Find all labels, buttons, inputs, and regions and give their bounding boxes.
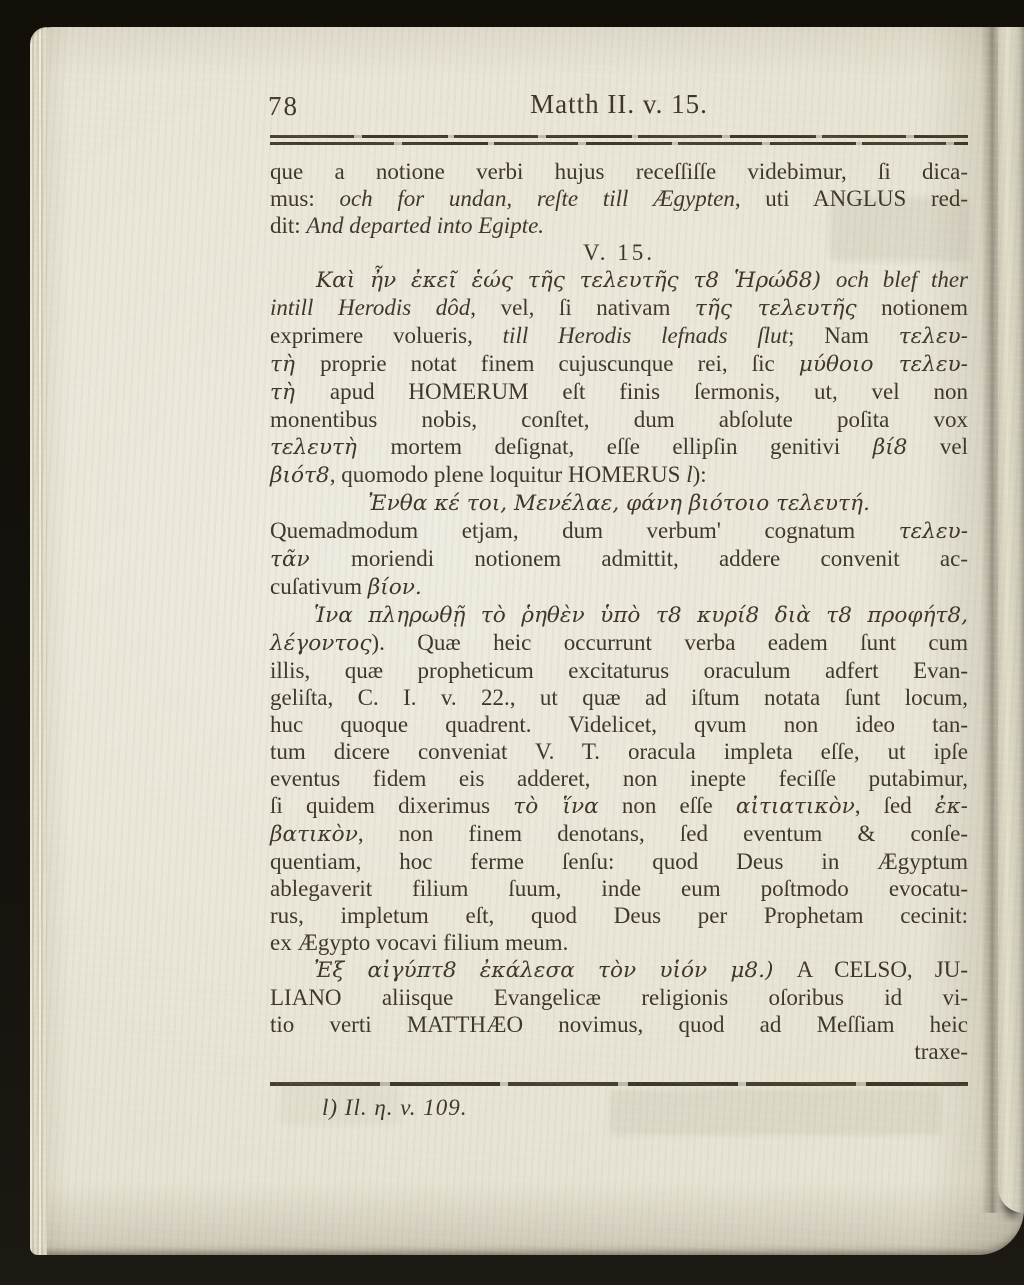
text-segment: ; Nam: [788, 323, 899, 348]
text-line: exprimere volueris, till Herodis lefnads…: [270, 322, 968, 350]
text-line: illis, quæ propheticum excitaturus oracu…: [270, 657, 968, 684]
text-line: quentiam, hoc ferme ſenſu: quod Deus in …: [270, 848, 968, 875]
text-segment: LIANO aliisque Evangelicæ religionis oſo…: [270, 985, 968, 1010]
text-segment: τὸ ἵνα: [513, 794, 598, 819]
text-line: ex Ægypto vocavi filium meum.: [270, 929, 968, 956]
text-segment: Ἐξ αἰγύπτ8 ἐκάλεσα τὸν υἱόν μ8.): [314, 958, 797, 983]
text-segment: ). Quæ heic occurrunt verba eadem ſunt c…: [371, 630, 968, 655]
text-segment: ):: [693, 462, 707, 487]
text-segment: tio verti MATTHÆO novimus, quod ad Meſſi…: [270, 1012, 968, 1037]
text-segment: apud HOMERUM eſt finis ſermonis, ut, vel…: [330, 379, 968, 404]
text-segment: βιότ8: [270, 463, 330, 488]
footnote-rule: [270, 1082, 968, 1086]
text-segment: exprimere volueris,: [270, 323, 503, 348]
text-line: mus: och for undan, reſte till Ægypten, …: [270, 185, 968, 212]
text-line: ſi quidem dixerimus τὸ ἵνα non eſſe αἰτι…: [270, 792, 968, 820]
header-rule-bottom: [270, 142, 968, 145]
text-line: que a notione verbi hujus receſſiſſe vid…: [270, 158, 968, 185]
text-line: dit: And departed into Egipte.: [270, 212, 968, 239]
text-segment: τὴ: [270, 352, 320, 377]
header-rule-top: [270, 135, 968, 138]
text-segment: non eſſe: [599, 793, 736, 818]
text-segment: τᾶν: [270, 547, 351, 572]
text-segment: mus:: [270, 186, 339, 211]
text-segment: rus, impletum eſt, quod Deus per Prophet…: [270, 903, 968, 928]
text-segment: notionem: [857, 295, 968, 320]
scan-background: 78 Matth II. v. 15. que a notione verbi …: [0, 0, 1024, 1285]
text-segment: intill Herodis dôd: [270, 295, 470, 320]
text-segment: λέγοντος: [270, 631, 371, 656]
text-line: βατικὸν, non finem denotans, ſed eventum…: [270, 820, 968, 848]
text-line: traxe-: [270, 1038, 968, 1065]
text-line: cuſativum βίον.: [270, 573, 968, 601]
text-line: Ἐνθα κέ τοι, Μενέλαε, φάνη βιότοιο τελευ…: [270, 489, 968, 517]
text-segment: βί8: [873, 435, 908, 460]
text-line: τᾶν moriendi notionem admittit, addere c…: [270, 545, 968, 573]
text-segment: τῆς τελευτῆς: [695, 296, 857, 321]
text-segment: quentiam, hoc ferme ſenſu: quod Deus in …: [270, 849, 968, 874]
text-segment: τελευτὴ: [270, 435, 390, 460]
text-segment: A CELSO, JU-: [797, 957, 968, 982]
footnote-text: l) Il. η. v. 109.: [270, 1095, 968, 1121]
text-line: Ἱνα πληρωθῇ τὸ ῥηθὲν ὑπὸ τ8 κυρί8 διὰ τ8…: [270, 601, 968, 629]
text-line: eventus fidem eis adderet, non inepte fe…: [270, 765, 968, 792]
header-rule: [270, 135, 968, 145]
text-segment: Ἐνθα κέ τοι, Μενέλαε, φάνη βιότοιο τελευ…: [368, 491, 870, 516]
text-segment: och for undan, reſte till Ægypten: [339, 186, 734, 211]
text-segment: moriendi notionem admittit, addere conve…: [351, 546, 968, 571]
text-segment: τελευ-: [899, 519, 968, 544]
text-segment: ablegaverit filium ſuum, inde eum poſtmo…: [270, 876, 968, 901]
text-segment: ſi quidem dixerimus: [270, 793, 513, 818]
text-segment: Ἱνα πληρωθῇ τὸ ῥηθὲν ὑπὸ τ8 κυρί8 διὰ τ8…: [314, 603, 968, 628]
text-segment: τελευ-: [899, 324, 968, 349]
text-segment: βίον.: [368, 575, 422, 600]
text-line: λέγοντος). Quæ heic occurrunt verba eade…: [270, 629, 968, 657]
text-line: τελευτὴ mortem deſignat, eſſe ellipſin g…: [270, 433, 968, 461]
text-segment: , ſed: [855, 793, 935, 818]
text-line: geliſta, C. I. v. 22., ut quæ ad iſtum n…: [270, 684, 968, 711]
text-line: Καὶ ἦν ἐκεῖ ἑώς τῆς τελευτῆς τ8 Ἡρώδ8) o…: [270, 266, 968, 294]
text-line: rus, impletum eſt, quod Deus per Prophet…: [270, 902, 968, 929]
text-segment: que a notione verbi hujus receſſiſſe vid…: [270, 159, 968, 184]
text-segment: ἐκ-: [935, 794, 968, 819]
text-segment: illis, quæ propheticum excitaturus oracu…: [270, 658, 968, 683]
text-segment: och blef ther: [836, 267, 968, 292]
page-header: 78 Matth II. v. 15.: [270, 89, 968, 133]
text-segment: tum dicere conveniat V. T. oracula imple…: [270, 739, 968, 764]
text-segment: till Herodis lefnads ſlut: [503, 323, 788, 348]
text-line: tio verti MATTHÆO novimus, quod ad Meſſi…: [270, 1011, 968, 1038]
text-segment: V. 15.: [583, 240, 655, 265]
text-line: tum dicere conveniat V. T. oracula imple…: [270, 738, 968, 765]
text-line: intill Herodis dôd, vel, ſi nativam τῆς …: [270, 294, 968, 322]
text-segment: monentibus nobis, conſtet, dum abſolute …: [270, 407, 968, 432]
text-line: τὴ proprie notat finem cujuscunque rei, …: [270, 350, 968, 378]
text-segment: geliſta, C. I. v. 22., ut quæ ad iſtum n…: [270, 685, 968, 710]
text-segment: τὴ: [270, 380, 330, 405]
underlying-page-edge: [998, 27, 1024, 1213]
text-segment: eventus fidem eis adderet, non inepte fe…: [270, 766, 968, 791]
text-segment: traxe-: [914, 1039, 968, 1064]
page-stack-edges: [30, 27, 47, 1255]
page-fold-shadow: [981, 27, 999, 1213]
text-segment: And departed into Egipte.: [306, 213, 544, 238]
text-segment: Quemadmodum etjam, dum verbum' cognatum: [270, 518, 899, 543]
text-segment: huc quoque quadrent. Videlicet, qvum non…: [270, 712, 968, 737]
text-line: Ἐξ αἰγύπτ8 ἐκάλεσα τὸν υἱόν μ8.) A CELSO…: [270, 956, 968, 984]
text-segment: mortem deſignat, eſſe ellipſin genitivi: [390, 434, 872, 459]
running-title: Matth II. v. 15.: [270, 89, 968, 120]
text-line: ablegaverit filium ſuum, inde eum poſtmo…: [270, 875, 968, 902]
text-line: τὴ apud HOMERUM eſt finis ſermonis, ut, …: [270, 378, 968, 406]
text-segment: βατικὸν: [270, 822, 358, 847]
text-segment: αἰτιατικὸν: [736, 794, 855, 819]
text-segment: vel: [907, 434, 968, 459]
text-segment: , non finem denotans, ſed eventum & conſ…: [358, 821, 968, 846]
text-segment: ex Ægypto vocavi filium meum.: [270, 930, 568, 955]
body-text: que a notione verbi hujus receſſiſſe vid…: [270, 158, 968, 1065]
text-line: βιότ8, quomodo plene loquitur HOMERUS l)…: [270, 461, 968, 489]
text-segment: proprie notat finem cujuscunque rei, ſic: [320, 351, 799, 376]
book-page: 78 Matth II. v. 15. que a notione verbi …: [30, 27, 1024, 1255]
text-line: V. 15.: [270, 239, 968, 266]
text-line: Quemadmodum etjam, dum verbum' cognatum …: [270, 517, 968, 545]
text-column: 78 Matth II. v. 15. que a notione verbi …: [270, 89, 968, 1121]
text-line: monentibus nobis, conſtet, dum abſolute …: [270, 406, 968, 433]
text-segment: , uti ANGLUS red-: [735, 186, 968, 211]
text-line: LIANO aliisque Evangelicæ religionis oſo…: [270, 984, 968, 1011]
text-segment: Καὶ ἦν ἐκεῖ ἑώς τῆς τελευτῆς τ8 Ἡρώδ8): [316, 268, 836, 293]
text-segment: dit:: [270, 213, 306, 238]
text-segment: μύθοιο τελευ-: [799, 352, 968, 377]
text-segment: cuſativum: [270, 574, 368, 599]
text-line: huc quoque quadrent. Videlicet, qvum non…: [270, 711, 968, 738]
text-segment: , quomodo plene loquitur HOMERUS: [330, 462, 687, 487]
text-segment: , vel, ſi nativam: [470, 295, 695, 320]
